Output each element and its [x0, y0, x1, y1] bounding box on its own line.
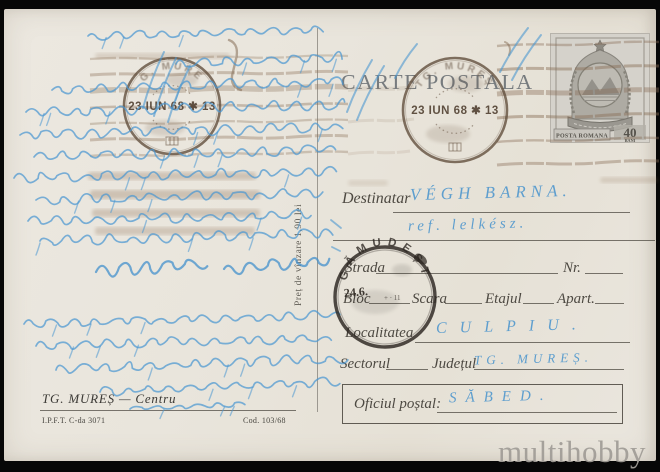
bloc-label: Bloc — [343, 291, 371, 308]
form-line — [474, 369, 624, 370]
postage-stamp: POSTA ROMANA 40 BANI — [550, 33, 650, 143]
form-line — [376, 273, 558, 274]
handwritten-destinatar-line2: ref. lelkész. — [408, 215, 528, 235]
localitatea-label: Localitatea — [345, 325, 413, 342]
apart-label: Apart. — [557, 291, 595, 308]
form-line — [386, 369, 428, 370]
form-line — [437, 412, 617, 413]
strada-label: Strada — [345, 260, 385, 277]
handwritten-oficiul: SĂBED. — [449, 388, 553, 408]
caption-rule — [40, 410, 296, 411]
postcard-title: CARTE POSTALA — [341, 70, 534, 95]
form-line — [415, 342, 630, 343]
handwritten-judetul: TG. MUREȘ. — [474, 349, 593, 368]
form-line — [333, 240, 655, 241]
scanned-postcard: CARTE POSTALA Preț de vînzare 1,90 lei D… — [0, 0, 660, 472]
form-line — [369, 303, 410, 304]
handwritten-destinatar: VÉGH BARNA. — [410, 181, 572, 205]
form-line — [585, 273, 623, 274]
scara-label: Scara — [412, 291, 447, 308]
code-imprint: Cod. 103/68 — [243, 416, 286, 425]
nr-label: Nr. — [563, 260, 581, 277]
sectorul-label: Sectorul — [340, 356, 390, 373]
form-line — [445, 303, 482, 304]
stamp-graphic: POSTA ROMANA 40 BANI — [550, 33, 650, 143]
watermark-text: multihobby — [498, 434, 646, 470]
form-line — [523, 303, 554, 304]
center-divider-line — [317, 28, 318, 412]
price-note: Preț de vînzare 1,90 lei — [294, 166, 309, 306]
judetul-label: Județul — [432, 356, 476, 373]
stamp-country: POSTA ROMANA — [556, 133, 608, 139]
printer-imprint: I.P.F.T. C-da 3071 — [42, 416, 105, 425]
etajul-label: Etajul — [485, 291, 522, 308]
form-line — [595, 303, 624, 304]
stamp-currency: BANI — [625, 138, 636, 143]
oficiul-label: Oficiul poștal: — [354, 396, 441, 413]
photo-caption: TG. MUREȘ — Centru — [42, 391, 176, 407]
form-line — [393, 212, 630, 213]
destinatar-label: Destinatar — [342, 190, 410, 208]
